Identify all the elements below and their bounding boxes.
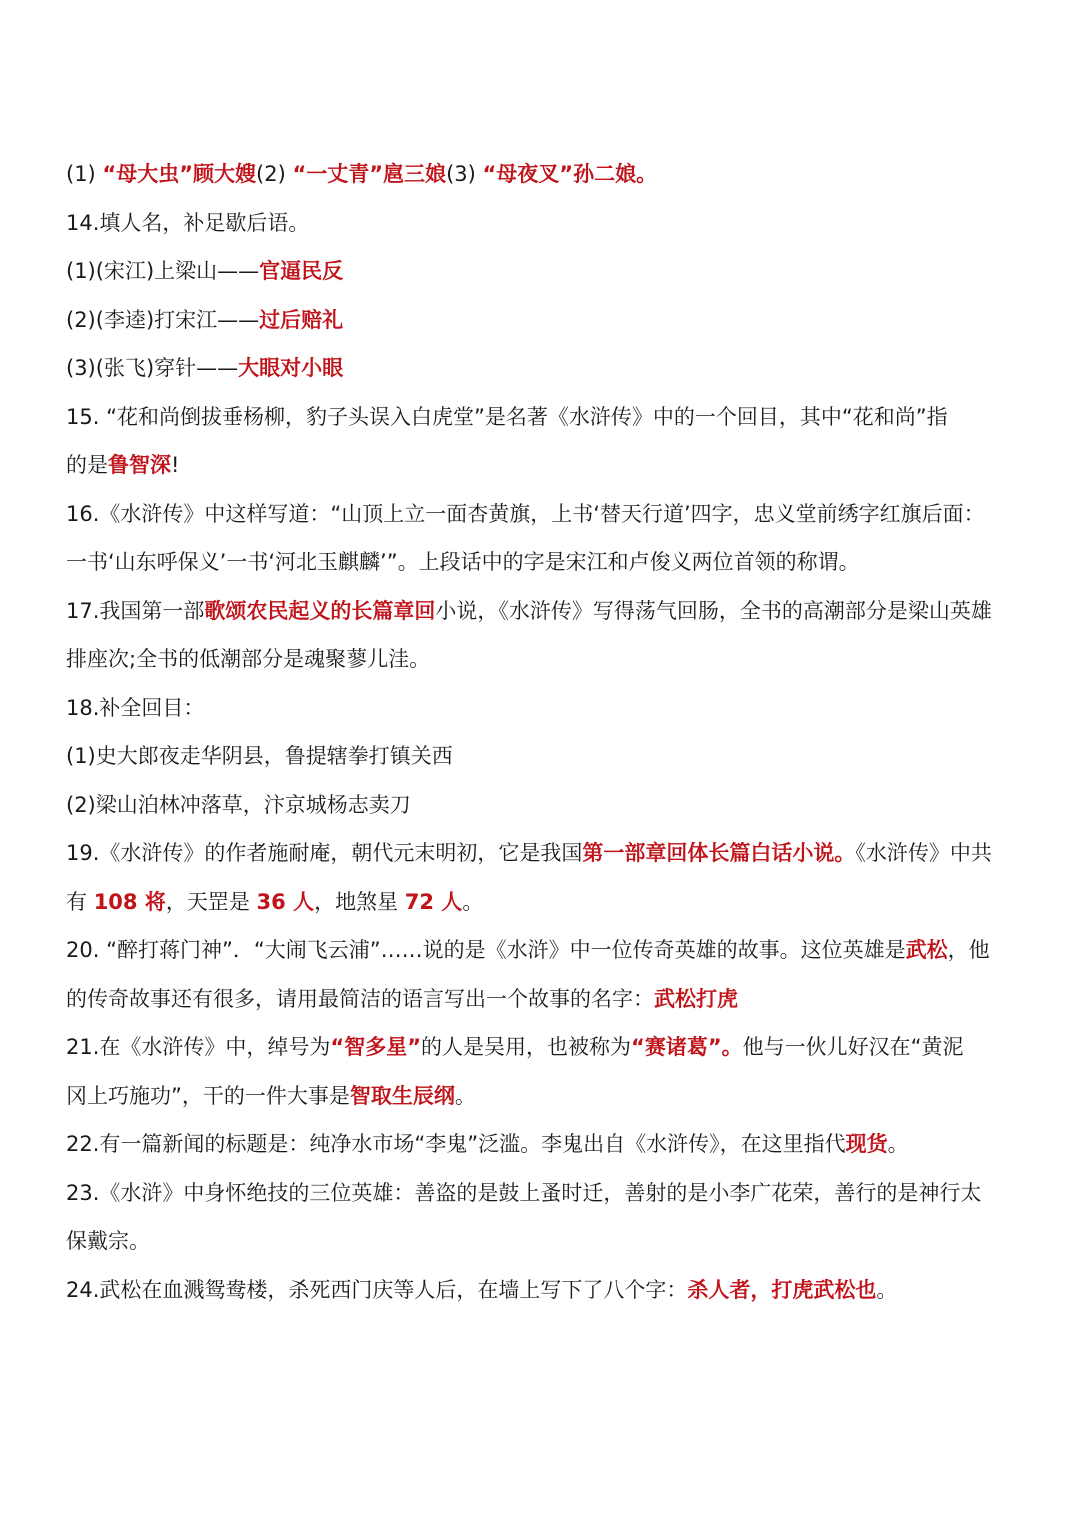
answer-text: 武松打虎 [654, 987, 738, 1011]
text: 的是 [66, 453, 108, 477]
question-19-cont: 有 108 将，天罡是 36 人，地煞星 72 人。 [66, 878, 1018, 927]
question-23-cont: 保戴宗。 [66, 1217, 1018, 1266]
answer-text: “母大虫”顾大嫂 [102, 162, 256, 186]
question-14-item-2: (2)(李逵)打宋江——过后赔礼 [66, 296, 1018, 345]
text: ! [171, 453, 179, 477]
text: ，地煞星 [314, 890, 405, 914]
text: 小说，《水浒传》写得荡气回肠，全书的高潮部分是梁山英雄 [435, 599, 992, 623]
question-15: 15. “花和尚倒拔垂杨柳，豹子头误入白虎堂”是名著《水浒传》中的一个回目，其中… [66, 393, 1018, 442]
text: 14.填人名，补足歇后语。 [66, 211, 309, 235]
answer-text: 官逼民反 [259, 259, 343, 283]
answer-text: 过后赔礼 [259, 308, 343, 332]
answer-text: 杀人者，打虎武松也 [687, 1278, 876, 1302]
text: 15. “花和尚倒拔垂杨柳，豹子头误入白虎堂”是名著《水浒传》中的一个回目，其中… [66, 405, 948, 429]
text: (2) [256, 162, 292, 186]
question-19: 19.《水浒传》的作者施耐庵，朝代元末明初，它是我国第一部章回体长篇白话小说。《… [66, 829, 1018, 878]
answer-text: 歌颂农民起义的长篇章回 [204, 599, 435, 623]
text: (1)史大郎夜走华阴县，鲁提辖拳打镇关西 [66, 744, 453, 768]
text: 保戴宗。 [66, 1229, 150, 1253]
question-18-item-2: (2)梁山泊林冲落草，汴京城杨志卖刀 [66, 781, 1018, 830]
answer-text: “母夜叉”孙二娘。 [482, 162, 657, 186]
answer-text: 现货 [846, 1132, 888, 1156]
question-17: 17.我国第一部歌颂农民起义的长篇章回小说，《水浒传》写得荡气回肠，全书的高潮部… [66, 587, 1018, 636]
answer-text: 武松 [906, 938, 948, 962]
answer-text: “赛诸葛”。 [631, 1035, 743, 1059]
text: 24.武松在血溅鸳鸯楼，杀死西门庆等人后，在墙上写下了八个字： [66, 1278, 687, 1302]
text: 。 [876, 1278, 897, 1302]
question-14-item-1: (1)(宋江)上梁山——官逼民反 [66, 247, 1018, 296]
text: 17.我国第一部 [66, 599, 204, 623]
question-20-cont: 的传奇故事还有很多，请用最简洁的语言写出一个故事的名字：武松打虎 [66, 975, 1018, 1024]
text: (3) [446, 162, 482, 186]
answer-text: 36 人 [257, 890, 315, 914]
question-21-cont: 冈上巧施功”，干的一件大事是智取生辰纲。 [66, 1072, 1018, 1121]
question-14-item-3: (3)(张飞)穿针——大眼对小眼 [66, 344, 1018, 393]
question-18: 18.补全回目： [66, 684, 1018, 733]
text: ，天罡是 [166, 890, 257, 914]
question-20: 20. “醉打蒋门神”．“大闹飞云浦”……说的是《水浒》中一位传奇英雄的故事。这… [66, 926, 1018, 975]
text: (2)(李逵)打宋江—— [66, 308, 259, 332]
answer-text: “智多星” [330, 1035, 421, 1059]
answer-text: 108 将 [94, 890, 166, 914]
text: (1) [66, 162, 102, 186]
question-14: 14.填人名，补足歇后语。 [66, 199, 1018, 248]
text: (1)(宋江)上梁山—— [66, 259, 259, 283]
question-23: 23.《水浒》中身怀绝技的三位英雄：善盗的是鼓上蚤时迁，善射的是小李广花荣，善行… [66, 1169, 1018, 1218]
text: (2)梁山泊林冲落草，汴京城杨志卖刀 [66, 793, 411, 817]
question-22: 22.有一篇新闻的标题是：纯净水市场“李鬼”泛滥。李鬼出自《水浒传》，在这里指代… [66, 1120, 1018, 1169]
question-16-cont: 一书‘山东呼保义’一书‘河北玉麒麟’”。上段话中的字是宋江和卢俊义两位首领的称谓… [66, 538, 1018, 587]
text: 19.《水浒传》的作者施耐庵，朝代元末明初，它是我国 [66, 841, 582, 865]
text: 排座次;全书的低潮部分是魂聚蓼儿洼。 [66, 647, 430, 671]
answer-line-13: (1) “母大虫”顾大嫂(2) “一丈青”扈三娘(3) “母夜叉”孙二娘。 [66, 150, 1018, 199]
text: (3)(张飞)穿针—— [66, 356, 238, 380]
text: 16.《水浒传》中这样写道：“山顶上立一面杏黄旗，上书‘替天行道’四字，忠义堂前… [66, 502, 985, 526]
question-18-item-1: (1)史大郎夜走华阴县，鲁提辖拳打镇关西 [66, 732, 1018, 781]
question-15-cont: 的是鲁智深! [66, 441, 1018, 490]
text: 。 [462, 890, 483, 914]
question-21: 21.在《水浒传》中，绰号为“智多星”的人是吴用，也被称为“赛诸葛”。他与一伙儿… [66, 1023, 1018, 1072]
text: 22.有一篇新闻的标题是：纯净水市场“李鬼”泛滥。李鬼出自《水浒传》，在这里指代 [66, 1132, 846, 1156]
answer-text: 智取生辰纲 [350, 1084, 455, 1108]
text: 有 [66, 890, 94, 914]
text: 18.补全回目： [66, 696, 204, 720]
text: 。 [455, 1084, 476, 1108]
question-24: 24.武松在血溅鸳鸯楼，杀死西门庆等人后，在墙上写下了八个字：杀人者，打虎武松也… [66, 1266, 1018, 1315]
text: 他与一伙儿好汉在“黄泥 [743, 1035, 964, 1059]
text: 21.在《水浒传》中，绰号为 [66, 1035, 330, 1059]
document-page: (1) “母大虫”顾大嫂(2) “一丈青”扈三娘(3) “母夜叉”孙二娘。 14… [66, 150, 1018, 1314]
answer-text: “一丈青”扈三娘 [292, 162, 446, 186]
text: 20. “醉打蒋门神”．“大闹飞云浦”……说的是《水浒》中一位传奇英雄的故事。这… [66, 938, 906, 962]
question-16: 16.《水浒传》中这样写道：“山顶上立一面杏黄旗，上书‘替天行道’四字，忠义堂前… [66, 490, 1018, 539]
question-17-cont: 排座次;全书的低潮部分是魂聚蓼儿洼。 [66, 635, 1018, 684]
answer-text: 鲁智深 [108, 453, 171, 477]
answer-text: 第一部章回体长篇白话小说。 [582, 841, 855, 865]
text: ，他 [948, 938, 990, 962]
text: 的传奇故事还有很多，请用最简洁的语言写出一个故事的名字： [66, 987, 654, 1011]
text: 。 [888, 1132, 909, 1156]
answer-text: 大眼对小眼 [238, 356, 343, 380]
text: 23.《水浒》中身怀绝技的三位英雄：善盗的是鼓上蚤时迁，善射的是小李广花荣，善行… [66, 1181, 981, 1205]
text: 冈上巧施功”，干的一件大事是 [66, 1084, 350, 1108]
text: 一书‘山东呼保义’一书‘河北玉麒麟’”。上段话中的字是宋江和卢俊义两位首领的称谓… [66, 550, 860, 574]
answer-text: 72 人 [405, 890, 463, 914]
text: 的人是吴用，也被称为 [421, 1035, 631, 1059]
text: 《水浒传》中共 [855, 841, 992, 865]
